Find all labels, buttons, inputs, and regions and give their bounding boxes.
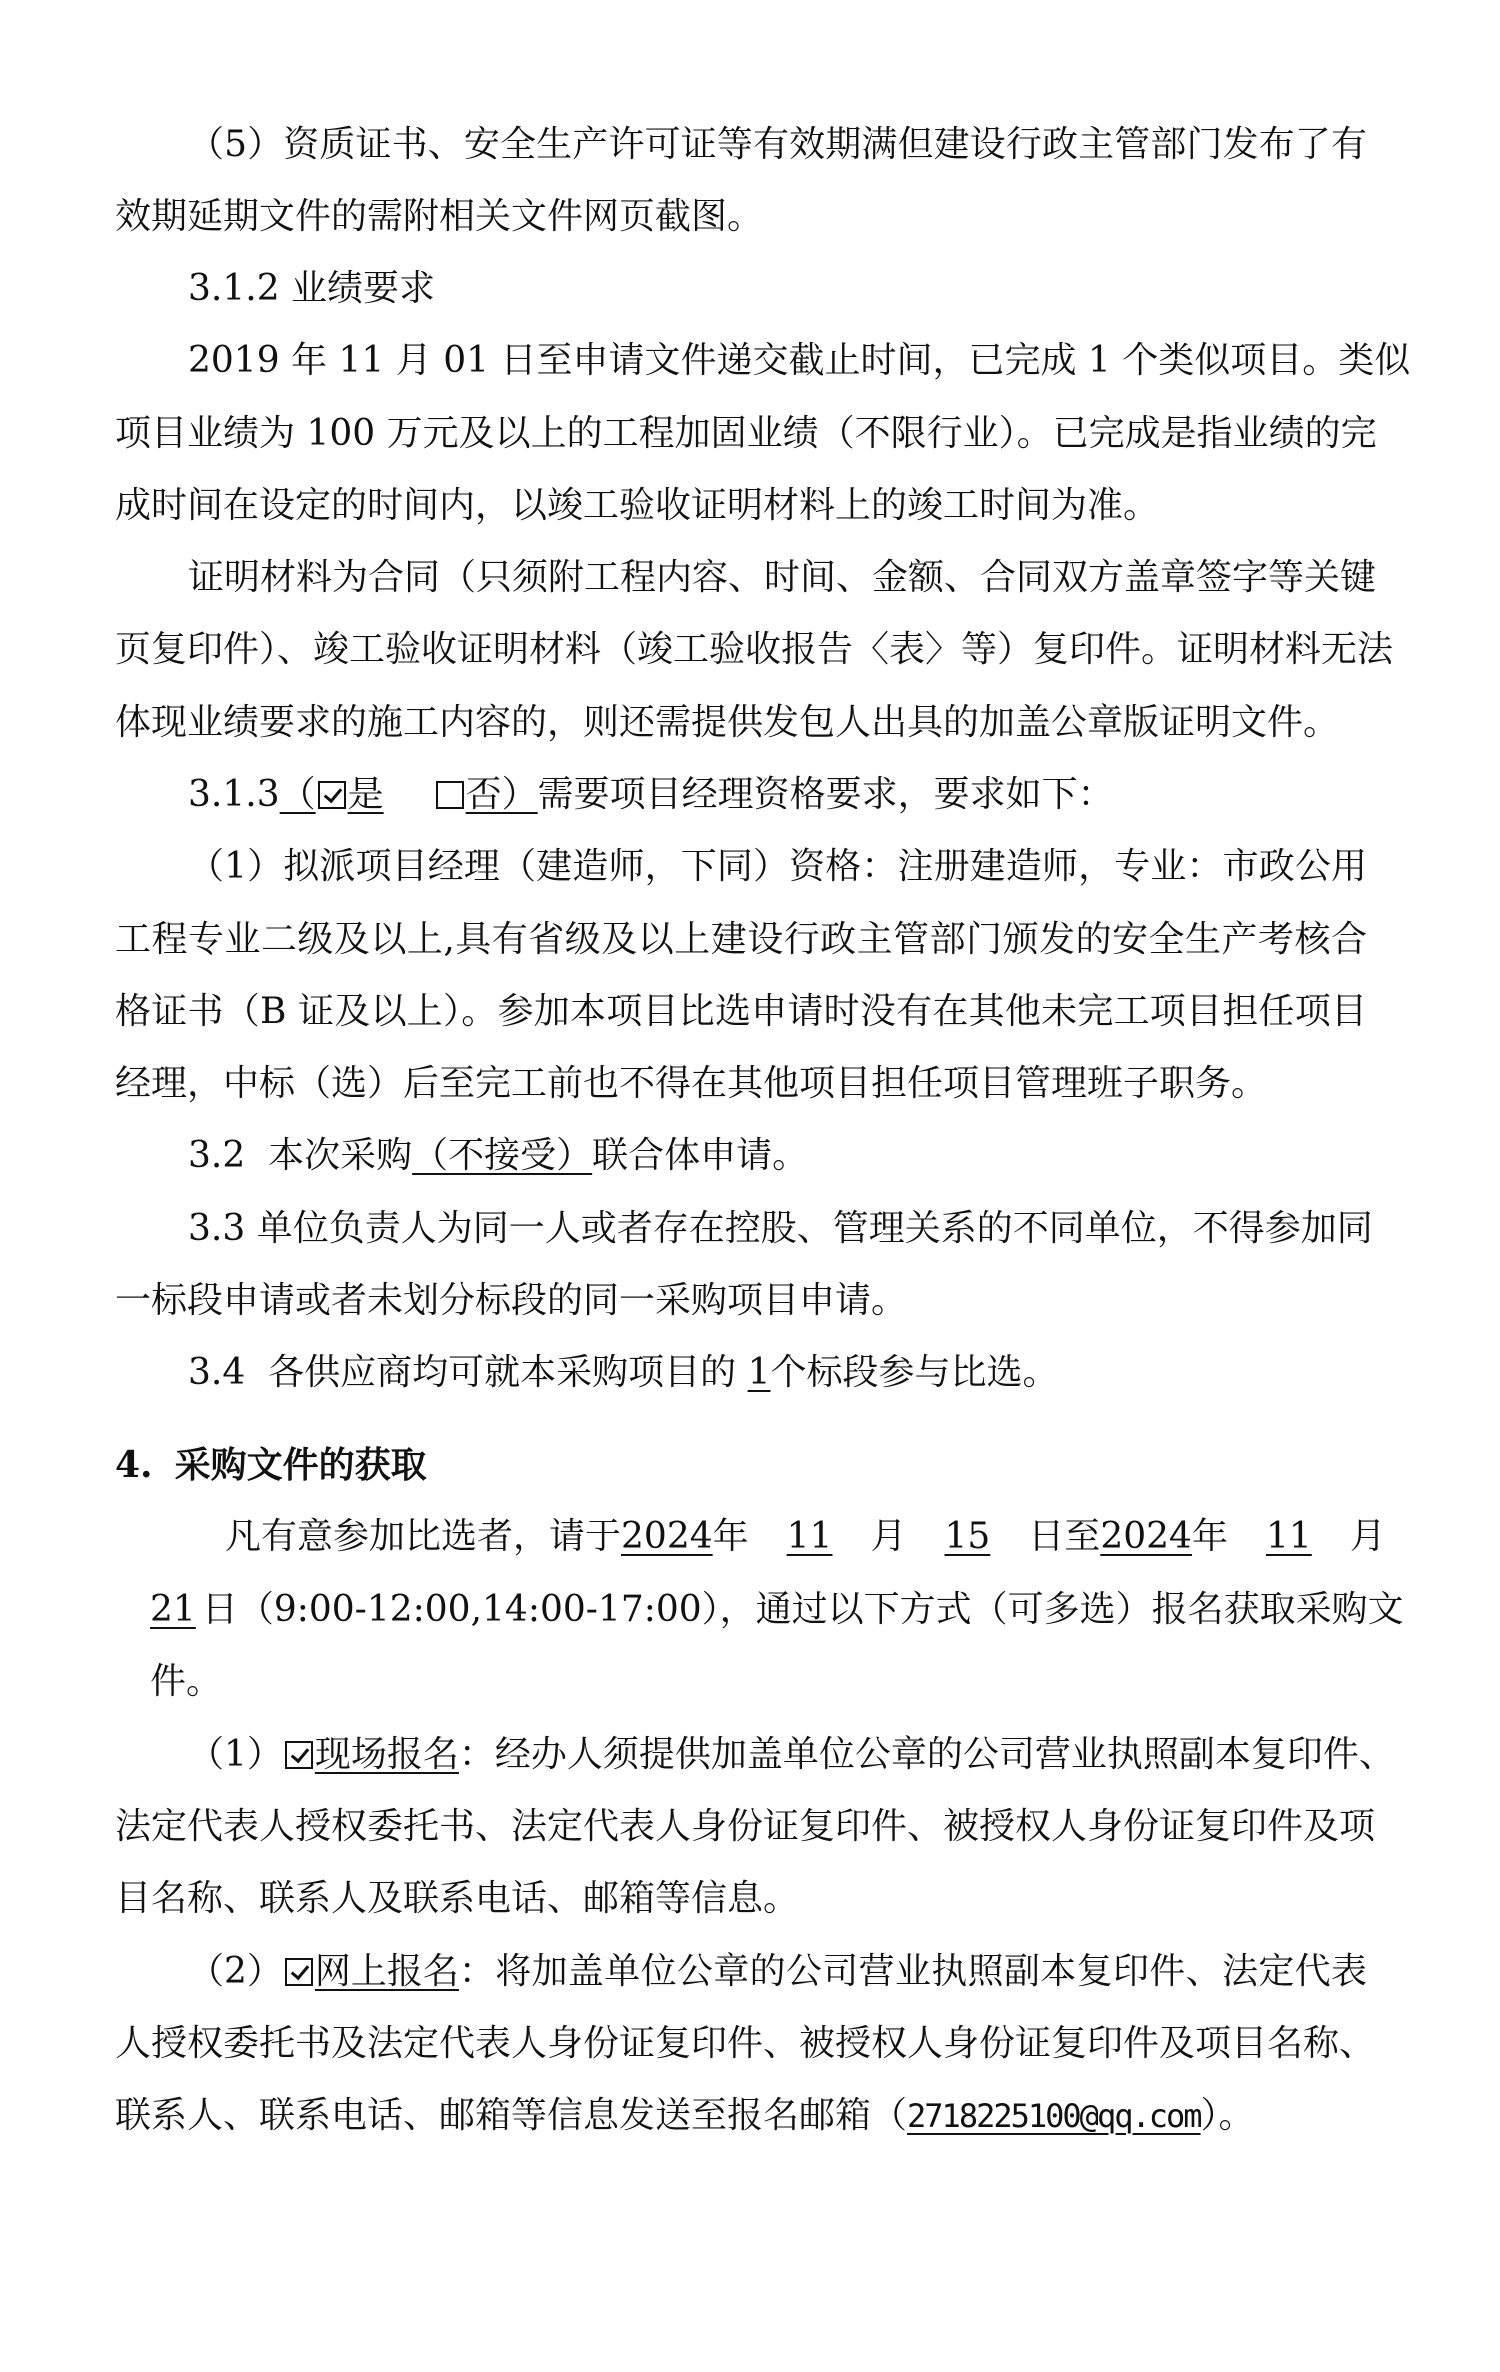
item-number: （2） xyxy=(188,1950,283,1994)
paragraph-line: 工程专业二级及以上,具有省级及以上建设行政主管部门颁发的安全生产考核合 xyxy=(115,918,1367,962)
checkbox-checked-icon[interactable] xyxy=(285,1741,313,1769)
email-outro: ）。 xyxy=(1201,2095,1255,2136)
item-text: ：将加盖单位公章的公司营业执照副本复印件、法定代表 xyxy=(459,1950,1367,1994)
option-label: 网上报名 xyxy=(315,1951,459,1992)
paragraph-line: （1）拟派项目经理（建造师，下同）资格：注册建造师，专业：市政公用 xyxy=(188,845,1367,889)
yes-label: 是 xyxy=(348,774,384,815)
option-label: 现场报名 xyxy=(315,1734,459,1775)
section-heading-4: 4.采购文件的获取 xyxy=(115,1443,427,1487)
paragraph-line: 2019 年 11 月 01 日至申请文件递交截止时间，已完成 1 个类似项目。… xyxy=(188,339,1367,383)
paragraph-line: 一标段申请或者未划分标段的同一采购项目申请。 xyxy=(115,1279,1367,1323)
end-month: 11 xyxy=(1228,1515,1350,1559)
online-registration-option[interactable]: 网上报名 xyxy=(283,1950,459,1994)
hours-text: 日（9:00-12:00,14:00-17:00），通过以下方式（可多选）报名获… xyxy=(202,1588,1404,1632)
start-month: 11 xyxy=(749,1515,871,1559)
paragraph-line: 人授权委托书及法定代表人身份证复印件、被授权人身份证复印件及项目名称、 xyxy=(115,2022,1367,2066)
heading-title: 采购文件的获取 xyxy=(175,1444,427,1486)
month-unit: 月 xyxy=(1350,1515,1386,1559)
intro-text: 凡有意参加比选者，请于 xyxy=(225,1515,621,1559)
paragraph-line: 3.3 单位负责人为同一人或者存在控股、管理关系的不同单位，不得参加同 xyxy=(188,1207,1367,1251)
day-unit: 日至 xyxy=(1028,1515,1100,1559)
paragraph-line: 目名称、联系人及联系电话、邮箱等信息。 xyxy=(115,1877,1367,1921)
section-3-2-line: 3.2 本次采购（不接受）联合体申请。 xyxy=(188,1134,808,1178)
no-label: 否 xyxy=(466,774,502,815)
paragraph-line: 效期延期文件的需附相关文件网页截图。 xyxy=(115,195,1367,239)
checkbox-unchecked-icon[interactable] xyxy=(436,781,464,809)
paragraph-line: 件。 xyxy=(150,1660,222,1704)
paragraph-line: 经理，中标（选）后至完工前也不得在其他项目担任项目管理班子职务。 xyxy=(115,1062,1367,1106)
document-page: （5）资质证书、安全生产许可证等有效期满但建设行政主管部门发布了有 效期延期文件… xyxy=(0,0,1500,2372)
paragraph-line: 页复印件）、竣工验收证明材料（竣工验收报告〈表〉等）复印件。证明材料无法 xyxy=(115,628,1367,672)
paragraph-line: 成时间在设定的时间内，以竣工验收证明材料上的竣工时间为准。 xyxy=(115,484,1367,528)
consortium-choice: （不接受） xyxy=(412,1135,592,1176)
end-year: 2024 xyxy=(1100,1515,1192,1559)
section-3-4-line: 3.4 各供应商均可就本采购项目的 1个标段参与比选。 xyxy=(188,1351,1059,1395)
email-line: 联系人、联系电话、邮箱等信息发送至报名邮箱（2718225100@qq.com）… xyxy=(115,2094,1255,2138)
month-unit: 月 xyxy=(870,1515,906,1559)
paragraph-line: 法定代表人授权委托书、法定代表人身份证复印件、被授权人身份证复印件及项 xyxy=(115,1805,1367,1849)
registration-email-link[interactable]: 2718225100@qq.com xyxy=(907,2097,1201,2135)
pm-required-choice: （是否） xyxy=(280,774,538,815)
year-unit: 年 xyxy=(1192,1515,1228,1559)
item-number: （1） xyxy=(188,1733,283,1777)
section-heading-3-1-2: 3.1.2 业绩要求 xyxy=(188,267,1367,311)
onsite-registration-line: （1） 现场报名 ：经办人须提供加盖单位公章的公司营业执照副本复印件、 xyxy=(188,1733,1367,1777)
year-unit: 年 xyxy=(713,1515,749,1559)
heading-number: 4. xyxy=(115,1444,153,1486)
online-registration-line: （2） 网上报名 ：将加盖单位公章的公司营业执照副本复印件、法定代表 xyxy=(188,1950,1367,1994)
paragraph-line: 格证书（B 证及以上）。参加本项目比选申请时没有在其他未完工项目担任项目 xyxy=(115,990,1367,1034)
section-text: 需要项目经理资格要求，要求如下： xyxy=(538,774,1114,815)
section-3-1-3-line: 3.1.3（是否）需要项目经理资格要求，要求如下： xyxy=(188,773,1114,817)
paragraph-line: 证明材料为合同（只须附工程内容、时间、金额、合同双方盖章签字等关键 xyxy=(188,556,1367,600)
start-year: 2024 xyxy=(621,1515,713,1559)
registration-hours-line: 21 日（9:00-12:00,14:00-17:00），通过以下方式（可多选）… xyxy=(150,1588,1367,1632)
section-text: 个标段参与比选。 xyxy=(771,1352,1059,1393)
email-intro: 联系人、联系电话、邮箱等信息发送至报名邮箱（ xyxy=(115,2095,907,2136)
checkbox-checked-icon[interactable] xyxy=(285,1958,313,1986)
item-text: ：经办人须提供加盖单位公章的公司营业执照副本复印件、 xyxy=(459,1733,1395,1777)
paragraph-line: 项目业绩为 100 万元及以上的工程加固业绩（不限行业）。已完成是指业绩的完 xyxy=(115,412,1367,456)
end-day: 21 xyxy=(150,1588,196,1632)
section-text: 联合体申请。 xyxy=(592,1135,808,1176)
section-number: 3.1.3 xyxy=(188,774,280,815)
paragraph-line: （5）资质证书、安全生产许可证等有效期满但建设行政主管部门发布了有 xyxy=(188,123,1367,167)
paren-close: ） xyxy=(502,774,538,815)
section-text: 3.4 各供应商均可就本采购项目的 xyxy=(188,1352,748,1393)
lot-count: 1 xyxy=(748,1352,771,1393)
onsite-registration-option[interactable]: 现场报名 xyxy=(283,1733,459,1777)
start-day: 15 xyxy=(906,1515,1028,1559)
registration-period-line: 凡有意参加比选者，请于 2024 年 11 月 15 日至 2024 年 11 … xyxy=(225,1515,1367,1559)
paren-open: （ xyxy=(280,774,316,815)
section-text: 3.2 本次采购 xyxy=(188,1135,412,1176)
checkbox-checked-icon[interactable] xyxy=(318,781,346,809)
paragraph-line: 体现业绩要求的施工内容的，则还需提供发包人出具的加盖公章版证明文件。 xyxy=(115,701,1367,745)
